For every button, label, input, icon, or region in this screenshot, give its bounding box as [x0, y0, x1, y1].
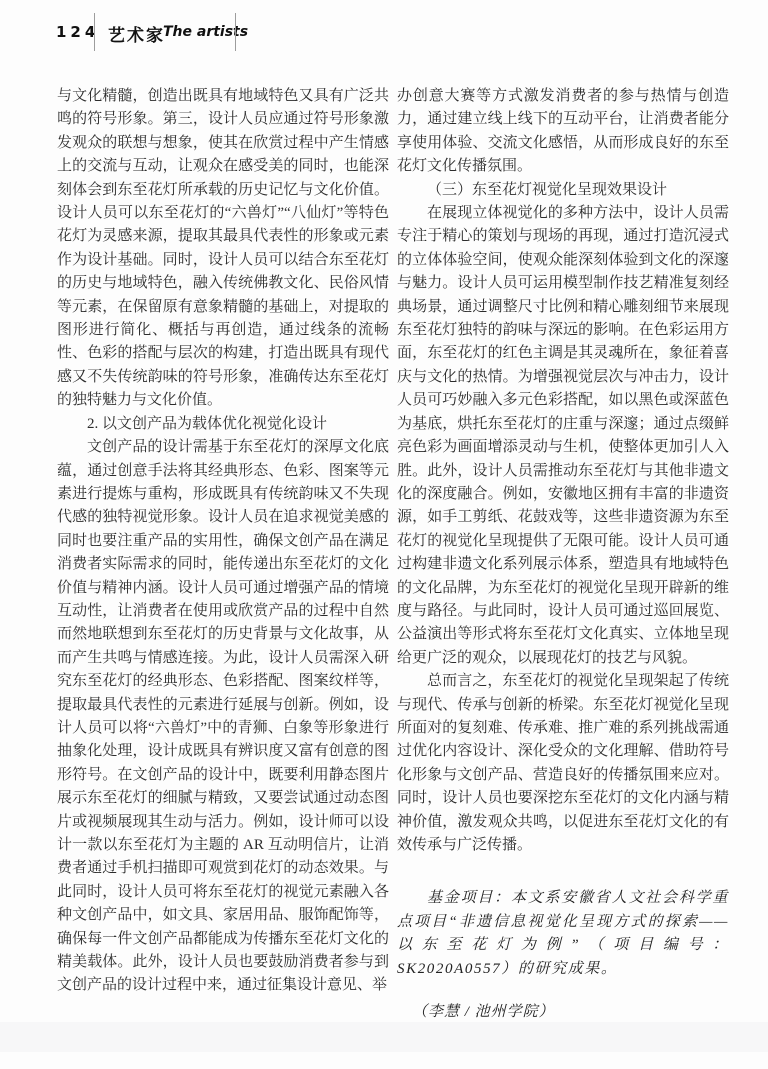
paragraph-continuation-right: 办创意大赛等方式激发消费者的参与热情与创造力，通过建立线上线下的互动平台，让消费…: [397, 85, 729, 179]
journal-page: 124 艺术家 The artists 与文化精髓，创造出既具有地域特色又具有广…: [0, 0, 768, 1069]
column-left: 与文化精髓，创造出既具有地域特色又具有广泛共鸣的符号形象。第三，设计人员应通过符…: [57, 85, 389, 998]
scan-artifact-band: [0, 1022, 768, 1052]
header-divider-left: [94, 13, 95, 51]
author-credit: （李慧 / 池州学院）: [397, 1001, 729, 1024]
fund-project-note: 基金项目：本文系安徽省人文社会科学重点项目“非遗信息视觉化呈现方式的探索——以东…: [397, 887, 729, 981]
column-right: 办创意大赛等方式激发消费者的参与热情与创造力，通过建立线上线下的互动平台，让消费…: [397, 85, 729, 1024]
page-number: 124: [56, 23, 99, 41]
paragraph-cultural-products: 文创产品的设计需基于东至花灯的深厚文化底蕴，通过创意手法将其经典形态、色彩、图案…: [57, 436, 389, 998]
section-heading-2: 2. 以文创产品为载体优化视觉化设计: [57, 413, 389, 436]
section-heading-3: （三）东至花灯视觉化呈现效果设计: [397, 179, 729, 202]
paragraph-conclusion: 总而言之，东至花灯的视觉化呈现架起了传统与现代、传承与创新的桥梁。东至花灯视觉化…: [397, 670, 729, 857]
paragraph-presentation-design: 在展现立体视觉化的多种方法中，设计人员需专注于精心的策划与现场的再现，通过打造沉…: [397, 202, 729, 670]
paragraph-continuation: 与文化精髓，创造出既具有地域特色又具有广泛共鸣的符号形象。第三，设计人员应通过符…: [57, 85, 389, 413]
journal-title-zh: 艺术家: [108, 21, 165, 46]
header-divider-right: [235, 13, 236, 51]
